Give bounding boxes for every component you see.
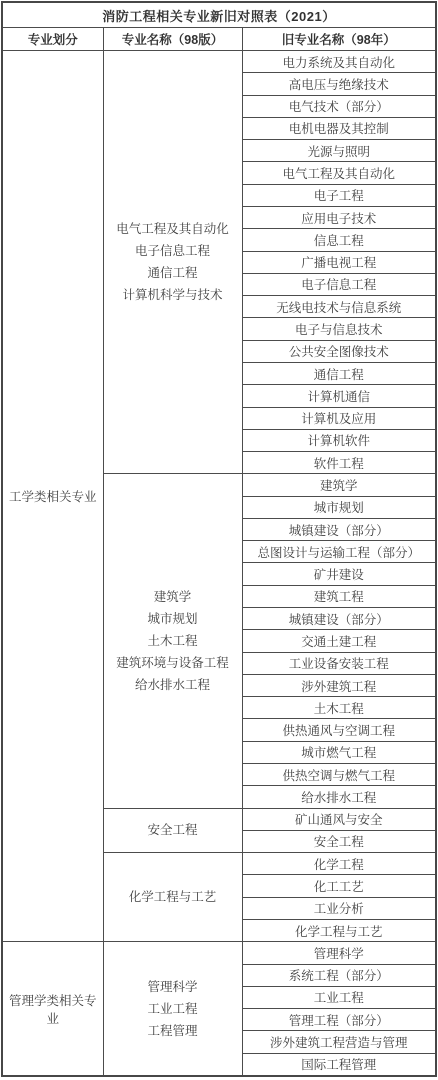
old-major-cell: 总图设计与运输工程（部分） — [242, 541, 436, 563]
old-major-cell: 建筑工程 — [242, 585, 436, 607]
old-major-cell: 涉外建筑工程营造与管理 — [242, 1031, 436, 1053]
old-major-cell: 广播电视工程 — [242, 251, 436, 273]
old-major-cell: 城镇建设（部分） — [242, 608, 436, 630]
old-major-cell: 信息工程 — [242, 229, 436, 251]
column-header-major-98: 专业名称（98版） — [103, 28, 242, 51]
old-major-cell: 化工工艺 — [242, 875, 436, 897]
old-major-cell: 光源与照明 — [242, 140, 436, 162]
old-major-cell: 工业设备安装工程 — [242, 652, 436, 674]
major-98-cell: 安全工程 — [103, 808, 242, 853]
major-98-line: 建筑学 — [106, 586, 240, 608]
old-major-cell: 公共安全图像技术 — [242, 340, 436, 362]
old-major-cell: 土木工程 — [242, 697, 436, 719]
old-major-cell: 城镇建设（部分） — [242, 518, 436, 540]
major-98-line: 给水排水工程 — [106, 674, 240, 696]
old-major-cell: 给水排水工程 — [242, 786, 436, 808]
major-98-cell: 建筑学城市规划土木工程建筑环境与设备工程给水排水工程 — [103, 474, 242, 808]
old-major-cell: 电机电器及其控制 — [242, 117, 436, 139]
page: 消防工程相关专业新旧对照表（2021） 专业划分 专业名称（98版） 旧专业名称… — [0, 0, 438, 1080]
old-major-cell: 电子工程 — [242, 184, 436, 206]
major-98-cell: 化学工程与工艺 — [103, 853, 242, 942]
division-cell: 管理学类相关专业 — [2, 942, 103, 1076]
column-header-division: 专业划分 — [2, 28, 103, 51]
major-98-line: 通信工程 — [106, 262, 240, 284]
major-98-line: 计算机科学与技术 — [106, 284, 240, 306]
table-title-row: 消防工程相关专业新旧对照表（2021） — [2, 2, 436, 28]
major-98-line: 管理科学 — [106, 976, 240, 998]
major-98-line: 工程管理 — [106, 1020, 240, 1042]
old-major-cell: 城市规划 — [242, 496, 436, 518]
old-major-cell: 化学工程与工艺 — [242, 919, 436, 941]
table-row: 管理学类相关专业管理科学工业工程工程管理管理科学 — [2, 942, 436, 964]
old-major-cell: 涉外建筑工程 — [242, 674, 436, 696]
major-98-line: 城市规划 — [106, 608, 240, 630]
old-major-cell: 交通土建工程 — [242, 630, 436, 652]
old-major-cell: 工业工程 — [242, 986, 436, 1008]
old-major-cell: 管理科学 — [242, 942, 436, 964]
old-major-cell: 无线电技术与信息系统 — [242, 296, 436, 318]
major-comparison-table: 消防工程相关专业新旧对照表（2021） 专业划分 专业名称（98版） 旧专业名称… — [1, 1, 437, 1077]
table-body: 工学类相关专业电气工程及其自动化电子信息工程通信工程计算机科学与技术电力系统及其… — [2, 51, 436, 1077]
old-major-cell: 电气工程及其自动化 — [242, 162, 436, 184]
old-major-cell: 供热空调与燃气工程 — [242, 764, 436, 786]
old-major-cell: 通信工程 — [242, 362, 436, 384]
old-major-cell: 化学工程 — [242, 853, 436, 875]
old-major-cell: 国际工程管理 — [242, 1053, 436, 1076]
table-row: 工学类相关专业电气工程及其自动化电子信息工程通信工程计算机科学与技术电力系统及其… — [2, 51, 436, 73]
old-major-cell: 电子与信息技术 — [242, 318, 436, 340]
old-major-cell: 系统工程（部分） — [242, 964, 436, 986]
old-major-cell: 软件工程 — [242, 452, 436, 474]
old-major-cell: 电力系统及其自动化 — [242, 51, 436, 73]
major-98-line: 工业工程 — [106, 998, 240, 1020]
division-cell: 工学类相关专业 — [2, 51, 103, 942]
old-major-cell: 工业分析 — [242, 897, 436, 919]
old-major-cell: 计算机及应用 — [242, 407, 436, 429]
table-title: 消防工程相关专业新旧对照表（2021） — [2, 2, 436, 28]
old-major-cell: 高电压与绝缘技术 — [242, 73, 436, 95]
old-major-cell: 应用电子技术 — [242, 206, 436, 228]
table-header-row: 专业划分 专业名称（98版） 旧专业名称（98年） — [2, 28, 436, 51]
major-98-line: 电气工程及其自动化 — [106, 218, 240, 240]
major-98-cell: 电气工程及其自动化电子信息工程通信工程计算机科学与技术 — [103, 51, 242, 474]
old-major-cell: 矿井建设 — [242, 563, 436, 585]
old-major-cell: 计算机软件 — [242, 429, 436, 451]
old-major-cell: 建筑学 — [242, 474, 436, 496]
major-98-line: 土木工程 — [106, 630, 240, 652]
old-major-cell: 城市燃气工程 — [242, 741, 436, 763]
old-major-cell: 电子信息工程 — [242, 273, 436, 295]
old-major-cell: 计算机通信 — [242, 385, 436, 407]
column-header-old-major: 旧专业名称（98年） — [242, 28, 436, 51]
old-major-cell: 矿山通风与安全 — [242, 808, 436, 830]
major-98-line: 电子信息工程 — [106, 240, 240, 262]
old-major-cell: 安全工程 — [242, 830, 436, 852]
major-98-line: 安全工程 — [106, 819, 240, 841]
major-98-cell: 管理科学工业工程工程管理 — [103, 942, 242, 1076]
major-98-line: 建筑环境与设备工程 — [106, 652, 240, 674]
old-major-cell: 电气技术（部分） — [242, 95, 436, 117]
old-major-cell: 供热通风与空调工程 — [242, 719, 436, 741]
old-major-cell: 管理工程（部分） — [242, 1009, 436, 1031]
major-98-line: 化学工程与工艺 — [106, 886, 240, 908]
